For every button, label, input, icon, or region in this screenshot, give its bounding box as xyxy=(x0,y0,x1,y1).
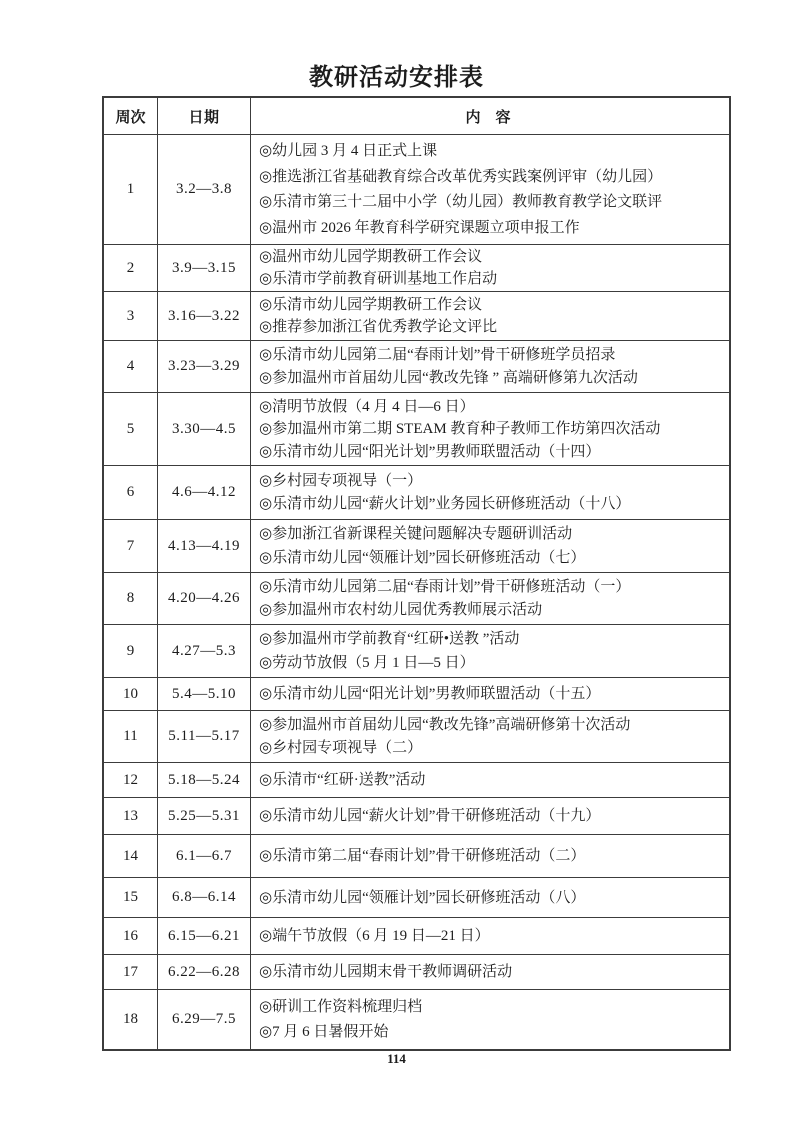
content-item: ◎乡村园专项视导（一） xyxy=(259,471,725,491)
table-row: 125.18—5.24◎乐清市“红研·送教”活动 xyxy=(104,762,729,797)
content-cell: ◎乡村园专项视导（一）◎乐清市幼儿园“薪火计划”业务园长研修班活动（十八） xyxy=(251,466,729,519)
content-item: ◎乐清市幼儿园“阳光计划”男教师联盟活动（十四） xyxy=(259,442,725,462)
content-item: ◎推选浙江省基础教育综合改革优秀实践案例评审（幼儿园） xyxy=(259,167,725,187)
content-cell: ◎乐清市幼儿园第二届“春雨计划”骨干研修班活动（一）◎参加温州市农村幼儿园优秀教… xyxy=(251,573,729,624)
date-cell: 6.8—6.14 xyxy=(158,878,251,917)
week-cell: 18 xyxy=(104,990,158,1049)
week-cell: 11 xyxy=(104,711,158,762)
content-item: ◎乐清市幼儿园第二届“春雨计划”骨干研修班活动（一） xyxy=(259,577,725,597)
content-item: ◎乐清市学前教育研训基地工作启动 xyxy=(259,269,725,289)
date-cell: 4.20—4.26 xyxy=(158,573,251,624)
content-item: ◎乐清市“红研·送教”活动 xyxy=(259,770,725,790)
week-cell: 12 xyxy=(104,763,158,797)
content-cell: ◎乐清市幼儿园第二届“春雨计划”骨干研修班学员招录◎参加温州市首届幼儿园“教改先… xyxy=(251,341,729,392)
page-number: 114 xyxy=(0,1051,793,1067)
content-item: ◎乐清市幼儿园期末骨干教师调研活动 xyxy=(259,962,725,982)
table-row: 74.13—4.19◎参加浙江省新课程关键问题解决专题研训活动◎乐清市幼儿园“领… xyxy=(104,519,729,572)
table-row: 84.20—4.26◎乐清市幼儿园第二届“春雨计划”骨干研修班活动（一）◎参加温… xyxy=(104,572,729,624)
content-cell: ◎幼儿园 3 月 4 日正式上课◎推选浙江省基础教育综合改革优秀实践案例评审（幼… xyxy=(251,135,729,244)
content-item: ◎研训工作资料梳理归档 xyxy=(259,997,725,1017)
content-item: ◎温州市幼儿园学期教研工作会议 xyxy=(259,247,725,267)
content-item: ◎参加温州市第二期 STEAM 教育种子教师工作坊第四次活动 xyxy=(259,419,725,439)
content-item: ◎推荐参加浙江省优秀教学论文评比 xyxy=(259,317,725,337)
date-cell: 3.2—3.8 xyxy=(158,135,251,244)
content-item: ◎7 月 6 日暑假开始 xyxy=(259,1022,725,1042)
table-row: 146.1—6.7◎乐清市第二届“春雨计划”骨干研修班活动（二） xyxy=(104,834,729,877)
table-row: 186.29—7.5◎研训工作资料梳理归档◎7 月 6 日暑假开始 xyxy=(104,989,729,1049)
week-cell: 15 xyxy=(104,878,158,917)
date-cell: 3.9—3.15 xyxy=(158,245,251,291)
content-cell: ◎乐清市第二届“春雨计划”骨干研修班活动（二） xyxy=(251,835,729,877)
content-cell: ◎乐清市幼儿园学期教研工作会议◎推荐参加浙江省优秀教学论文评比 xyxy=(251,292,729,340)
date-cell: 4.27—5.3 xyxy=(158,625,251,677)
content-cell: ◎乐清市幼儿园“阳光计划”男教师联盟活动（十五） xyxy=(251,678,729,710)
week-cell: 9 xyxy=(104,625,158,677)
date-cell: 3.23—3.29 xyxy=(158,341,251,392)
table-header-row: 周次 日期 内 容 xyxy=(104,98,729,134)
content-item: ◎乐清市第二届“春雨计划”骨干研修班活动（二） xyxy=(259,846,725,866)
content-cell: ◎乐清市“红研·送教”活动 xyxy=(251,763,729,797)
content-cell: ◎乐清市幼儿园“领雁计划”园长研修班活动（八） xyxy=(251,878,729,917)
table-row: 64.6—4.12◎乡村园专项视导（一）◎乐清市幼儿园“薪火计划”业务园长研修班… xyxy=(104,465,729,519)
table-row: 156.8—6.14◎乐清市幼儿园“领雁计划”园长研修班活动（八） xyxy=(104,877,729,917)
header-content: 内 容 xyxy=(251,98,729,134)
week-cell: 2 xyxy=(104,245,158,291)
date-cell: 5.4—5.10 xyxy=(158,678,251,710)
week-cell: 8 xyxy=(104,573,158,624)
content-cell: ◎乐清市幼儿园“薪火计划”骨干研修班活动（十九） xyxy=(251,798,729,834)
week-cell: 14 xyxy=(104,835,158,877)
date-cell: 3.30—4.5 xyxy=(158,393,251,465)
week-cell: 6 xyxy=(104,466,158,519)
header-week: 周次 xyxy=(104,98,158,134)
table-row: 115.11—5.17◎参加温州市首届幼儿园“教改先锋”高端研修第十次活动◎乡村… xyxy=(104,710,729,762)
content-cell: ◎参加浙江省新课程关键问题解决专题研训活动◎乐清市幼儿园“领雁计划”园长研修班活… xyxy=(251,520,729,572)
content-item: ◎参加温州市农村幼儿园优秀教师展示活动 xyxy=(259,600,725,620)
table-row: 23.9—3.15◎温州市幼儿园学期教研工作会议◎乐清市学前教育研训基地工作启动 xyxy=(104,244,729,291)
content-item: ◎端午节放假（6 月 19 日—21 日） xyxy=(259,926,725,946)
week-cell: 1 xyxy=(104,135,158,244)
date-cell: 6.29—7.5 xyxy=(158,990,251,1049)
table-row: 33.16—3.22◎乐清市幼儿园学期教研工作会议◎推荐参加浙江省优秀教学论文评… xyxy=(104,291,729,340)
date-cell: 4.6—4.12 xyxy=(158,466,251,519)
content-item: ◎参加温州市学前教育“红研•送教 ”活动 xyxy=(259,629,725,649)
table-row: 166.15—6.21◎端午节放假（6 月 19 日—21 日） xyxy=(104,917,729,954)
schedule-table: 周次 日期 内 容 13.2—3.8◎幼儿园 3 月 4 日正式上课◎推选浙江省… xyxy=(102,96,731,1051)
table-row: 105.4—5.10◎乐清市幼儿园“阳光计划”男教师联盟活动（十五） xyxy=(104,677,729,710)
header-date: 日期 xyxy=(158,98,251,134)
content-item: ◎参加浙江省新课程关键问题解决专题研训活动 xyxy=(259,524,725,544)
table-row: 43.23—3.29◎乐清市幼儿园第二届“春雨计划”骨干研修班学员招录◎参加温州… xyxy=(104,340,729,392)
table-row: 135.25—5.31◎乐清市幼儿园“薪火计划”骨干研修班活动（十九） xyxy=(104,797,729,834)
content-item: ◎乐清市幼儿园学期教研工作会议 xyxy=(259,295,725,315)
content-item: ◎乐清市幼儿园“阳光计划”男教师联盟活动（十五） xyxy=(259,684,725,704)
content-cell: ◎参加温州市首届幼儿园“教改先锋”高端研修第十次活动◎乡村园专项视导（二） xyxy=(251,711,729,762)
week-cell: 16 xyxy=(104,918,158,954)
content-cell: ◎温州市幼儿园学期教研工作会议◎乐清市学前教育研训基地工作启动 xyxy=(251,245,729,291)
table-row: 94.27—5.3◎参加温州市学前教育“红研•送教 ”活动◎劳动节放假（5 月 … xyxy=(104,624,729,677)
date-cell: 5.18—5.24 xyxy=(158,763,251,797)
date-cell: 5.11—5.17 xyxy=(158,711,251,762)
date-cell: 6.1—6.7 xyxy=(158,835,251,877)
content-item: ◎乐清市第三十二届中小学（幼儿园）教师教育教学论文联评 xyxy=(259,192,725,212)
week-cell: 3 xyxy=(104,292,158,340)
page-title: 教研活动安排表 xyxy=(0,57,793,92)
week-cell: 17 xyxy=(104,955,158,989)
content-cell: ◎端午节放假（6 月 19 日—21 日） xyxy=(251,918,729,954)
table-row: 176.22—6.28◎乐清市幼儿园期末骨干教师调研活动 xyxy=(104,954,729,989)
content-item: ◎乐清市幼儿园“薪火计划”骨干研修班活动（十九） xyxy=(259,806,725,826)
content-item: ◎参加温州市首届幼儿园“教改先锋 ” 高端研修第九次活动 xyxy=(259,368,725,388)
table-row: 13.2—3.8◎幼儿园 3 月 4 日正式上课◎推选浙江省基础教育综合改革优秀… xyxy=(104,134,729,244)
content-item: ◎乐清市幼儿园第二届“春雨计划”骨干研修班学员招录 xyxy=(259,345,725,365)
content-cell: ◎清明节放假（4 月 4 日—6 日）◎参加温州市第二期 STEAM 教育种子教… xyxy=(251,393,729,465)
content-item: ◎清明节放假（4 月 4 日—6 日） xyxy=(259,397,725,417)
week-cell: 4 xyxy=(104,341,158,392)
content-cell: ◎研训工作资料梳理归档◎7 月 6 日暑假开始 xyxy=(251,990,729,1049)
week-cell: 10 xyxy=(104,678,158,710)
date-cell: 6.22—6.28 xyxy=(158,955,251,989)
header-content-label: 内 容 xyxy=(465,106,510,127)
content-cell: ◎乐清市幼儿园期末骨干教师调研活动 xyxy=(251,955,729,989)
content-item: ◎乐清市幼儿园“薪火计划”业务园长研修班活动（十八） xyxy=(259,494,725,514)
content-item: ◎参加温州市首届幼儿园“教改先锋”高端研修第十次活动 xyxy=(259,715,725,735)
content-item: ◎乡村园专项视导（二） xyxy=(259,738,725,758)
content-item: ◎温州市 2026 年教育科学研究课题立项申报工作 xyxy=(259,218,725,238)
content-item: ◎劳动节放假（5 月 1 日—5 日） xyxy=(259,653,725,673)
week-cell: 7 xyxy=(104,520,158,572)
content-cell: ◎参加温州市学前教育“红研•送教 ”活动◎劳动节放假（5 月 1 日—5 日） xyxy=(251,625,729,677)
content-item: ◎乐清市幼儿园“领雁计划”园长研修班活动（七） xyxy=(259,548,725,568)
date-cell: 5.25—5.31 xyxy=(158,798,251,834)
week-cell: 5 xyxy=(104,393,158,465)
week-cell: 13 xyxy=(104,798,158,834)
date-cell: 4.13—4.19 xyxy=(158,520,251,572)
content-item: ◎乐清市幼儿园“领雁计划”园长研修班活动（八） xyxy=(259,888,725,908)
date-cell: 3.16—3.22 xyxy=(158,292,251,340)
date-cell: 6.15—6.21 xyxy=(158,918,251,954)
content-item: ◎幼儿园 3 月 4 日正式上课 xyxy=(259,141,725,161)
table-row: 53.30—4.5◎清明节放假（4 月 4 日—6 日）◎参加温州市第二期 ST… xyxy=(104,392,729,465)
